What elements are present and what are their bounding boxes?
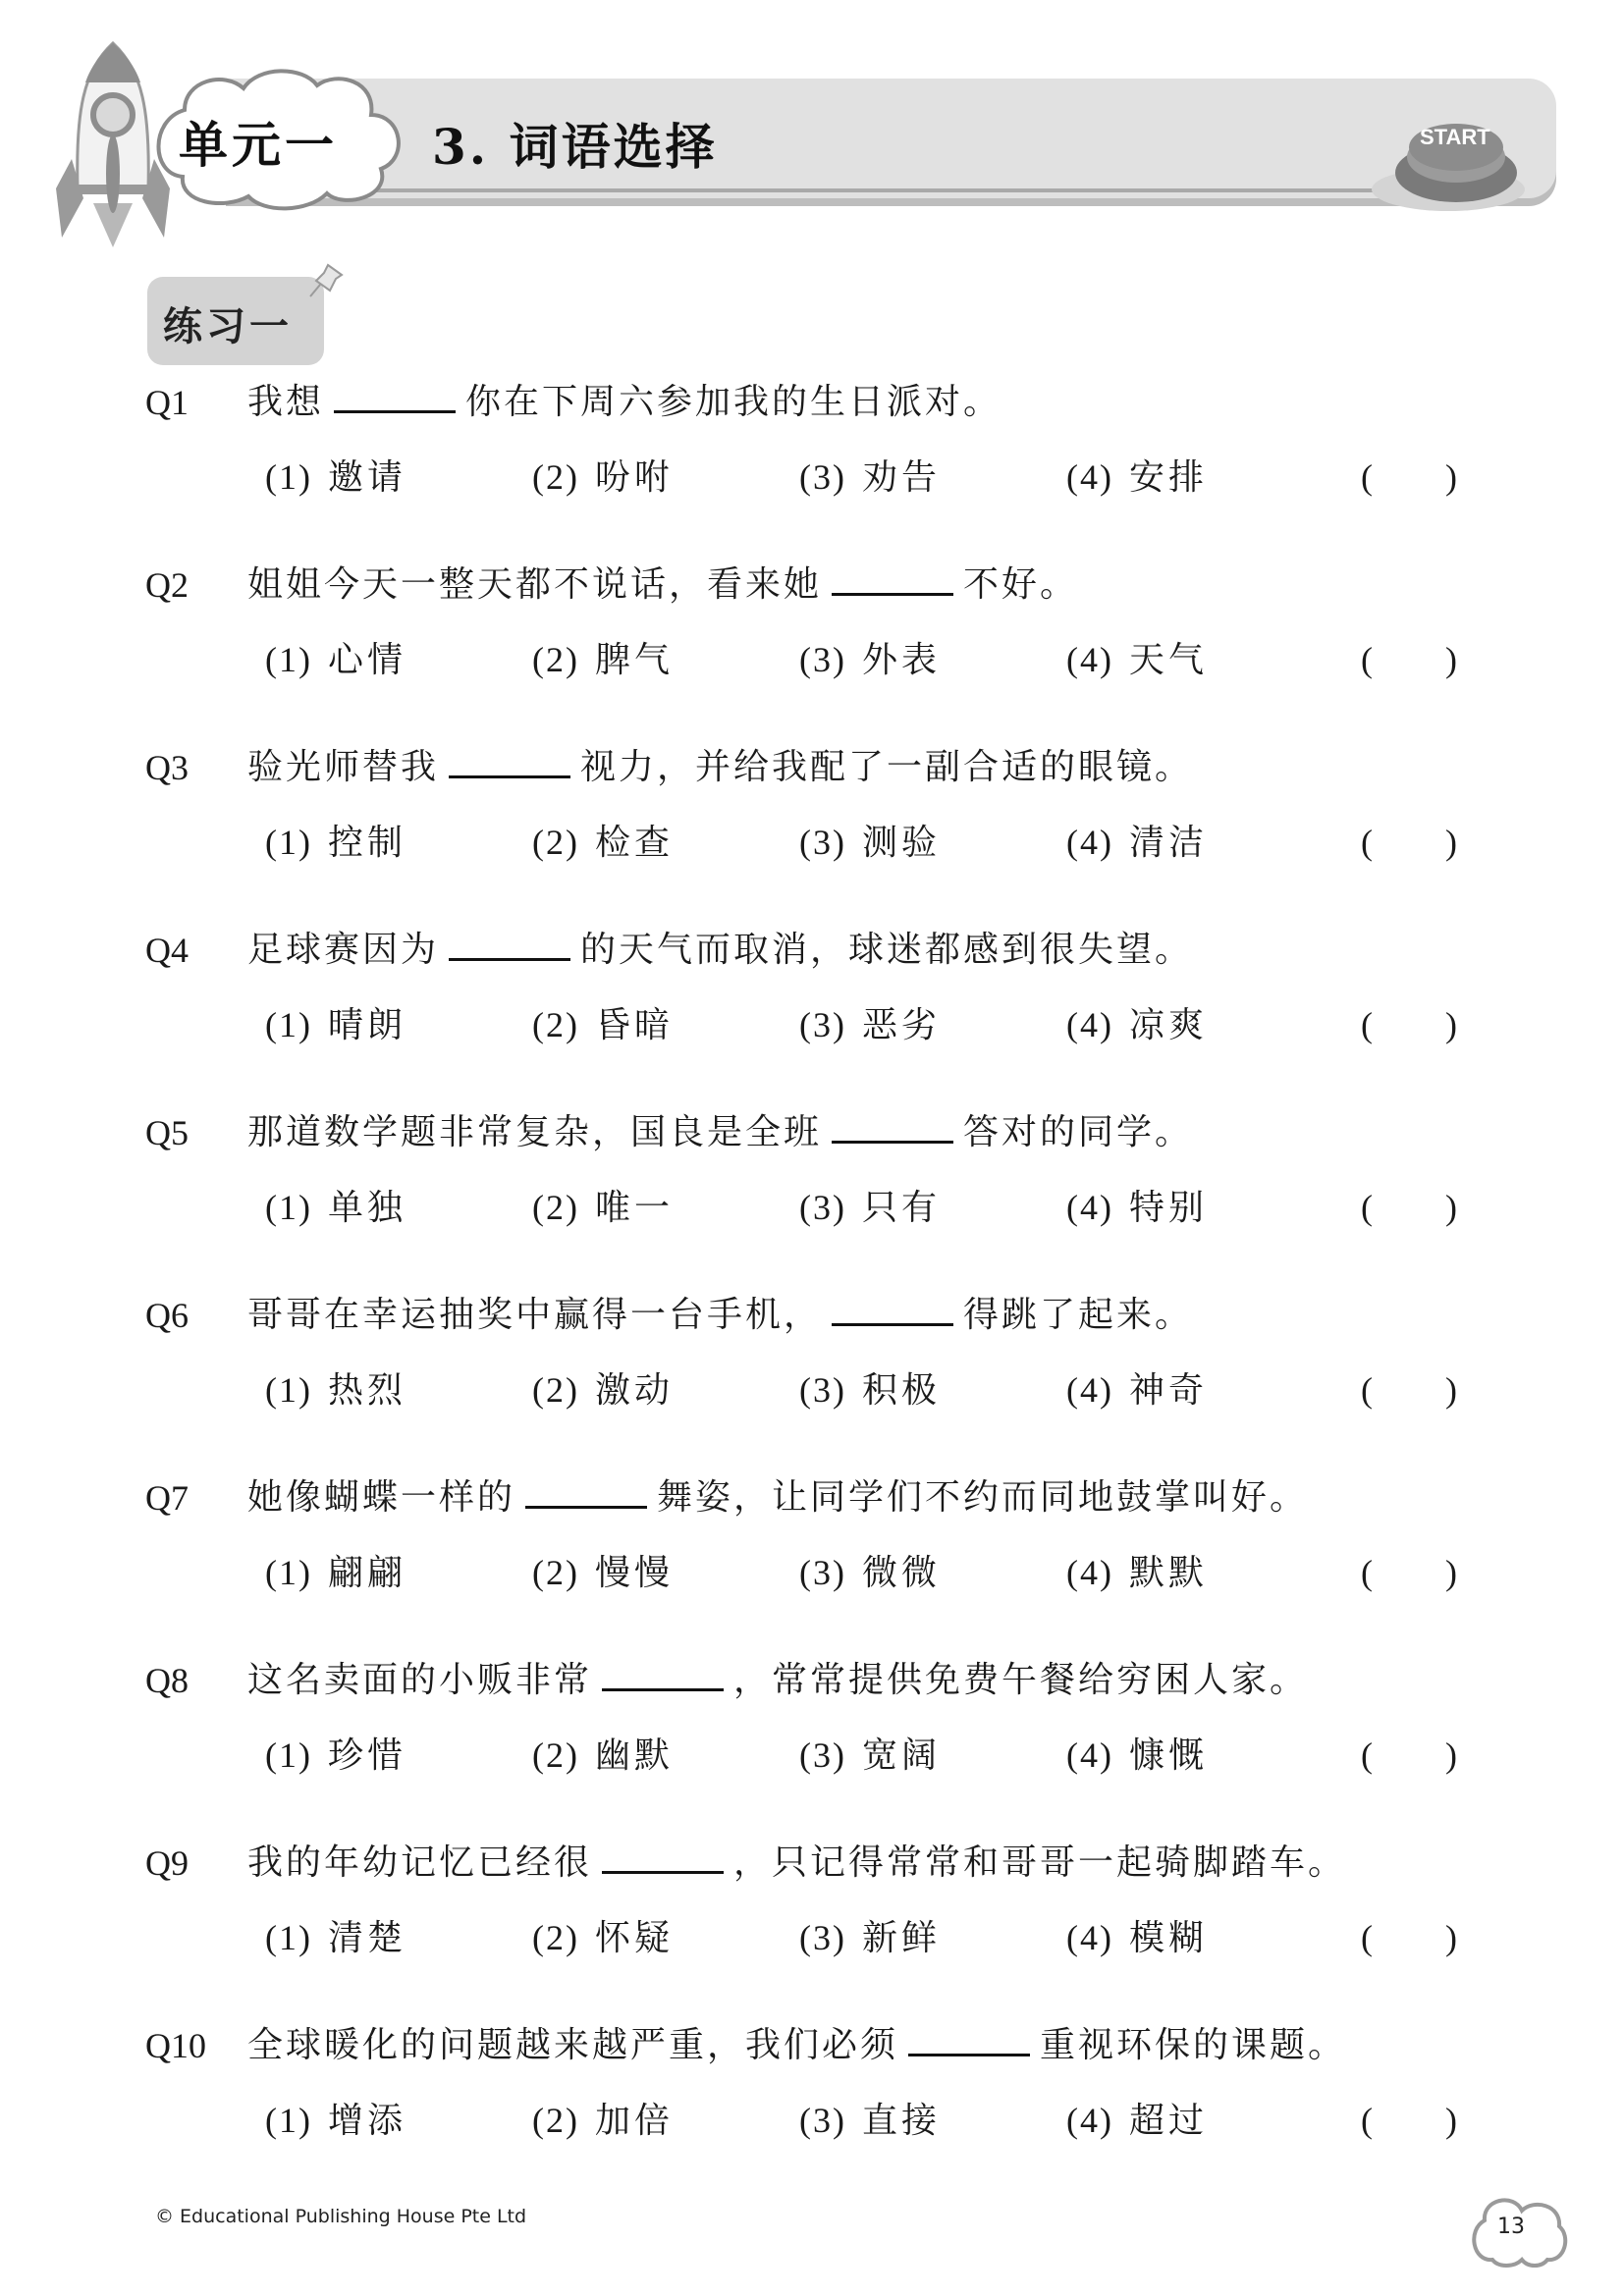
option-number: (4): [1066, 1370, 1113, 1410]
option-number: (1): [265, 457, 312, 497]
paren-close: ): [1445, 1005, 1457, 1044]
option-word: 微微: [862, 1553, 941, 1593]
question-item: Q2姐姐今天一整天都不说话，看来她不好。(1)心情(2)脾气(3)外表(4)天气…: [145, 556, 1520, 689]
option-4[interactable]: (4)凉爽: [1066, 995, 1208, 1055]
question-number: Q3: [145, 738, 189, 797]
option-word: 测验: [862, 823, 941, 863]
option-2[interactable]: (2)怀疑: [532, 1908, 674, 1968]
stem-after: ，只记得常常和哥哥一起骑脚踏车。: [733, 1842, 1346, 1883]
option-word: 模糊: [1129, 1918, 1208, 1958]
option-word: 晴朗: [328, 1005, 406, 1045]
paren-close: ): [1445, 2101, 1457, 2140]
paren-open: (: [1361, 640, 1373, 679]
option-number: (2): [532, 1188, 579, 1227]
section-label: 练习一: [163, 295, 293, 351]
option-number: (1): [265, 1735, 312, 1775]
answer-blank[interactable]: [334, 374, 456, 413]
option-word: 加倍: [595, 2101, 674, 2141]
option-1[interactable]: (1)热烈: [265, 1361, 406, 1420]
options-row: (1)翩翩(2)慢慢(3)微微(4)默默(): [145, 1543, 1520, 1602]
answer-blank[interactable]: [449, 739, 570, 778]
question-item: Q1我想你在下周六参加我的生日派对。(1)邀请(2)吩咐(3)劝告(4)安排(): [145, 373, 1520, 507]
option-1[interactable]: (1)珍惜: [265, 1726, 406, 1786]
option-number: (4): [1066, 1005, 1113, 1044]
option-number: (4): [1066, 2101, 1113, 2140]
question-stem: Q9我的年幼记忆已经很，只记得常常和哥哥一起骑脚踏车。: [145, 1834, 1520, 1893]
question-item: Q5那道数学题非常复杂，国良是全班答对的同学。(1)单独(2)唯一(3)只有(4…: [145, 1103, 1520, 1237]
option-2[interactable]: (2)慢慢: [532, 1543, 674, 1603]
option-number: (1): [265, 823, 312, 862]
question-stem: Q5那道数学题非常复杂，国良是全班答对的同学。: [145, 1103, 1520, 1162]
stem-before: 她像蝴蝶一样的: [247, 1477, 515, 1518]
option-4[interactable]: (4)慷慨: [1066, 1726, 1208, 1786]
paren-open: (: [1361, 457, 1373, 497]
option-word: 恶劣: [862, 1005, 941, 1045]
answer-box[interactable]: (): [1361, 448, 1457, 507]
question-text: 她像蝴蝶一样的舞姿，让同学们不约而同地鼓掌叫好。: [247, 1468, 1308, 1527]
question-item: Q4足球赛因为的天气而取消，球迷都感到很失望。(1)晴朗(2)昏暗(3)恶劣(4…: [145, 921, 1520, 1054]
answer-box[interactable]: (): [1361, 995, 1457, 1054]
option-word: 天气: [1129, 640, 1208, 680]
question-number: Q7: [145, 1468, 189, 1527]
option-number: (3): [799, 1005, 846, 1044]
paren-open: (: [1361, 1553, 1373, 1592]
question-text: 全球暖化的问题越来越严重，我们必须重视环保的课题。: [247, 2016, 1346, 2075]
option-number: (3): [799, 1735, 846, 1775]
question-number: Q5: [145, 1103, 189, 1162]
option-2[interactable]: (2)幽默: [532, 1726, 674, 1786]
copyright-text: © Educational Publishing House Pte Ltd: [155, 2206, 526, 2227]
option-number: (2): [532, 1370, 579, 1410]
stem-after: 视力，并给我配了一副合适的眼镜。: [580, 747, 1193, 787]
option-word: 慢慢: [595, 1553, 674, 1593]
option-word: 积极: [862, 1370, 941, 1411]
pushpin-icon: [306, 261, 346, 300]
question-stem: Q1我想你在下周六参加我的生日派对。: [145, 373, 1520, 432]
option-word: 唯一: [595, 1188, 674, 1228]
option-number: (4): [1066, 457, 1113, 497]
option-number: (3): [799, 2101, 846, 2140]
answer-blank[interactable]: [602, 1835, 724, 1874]
option-3[interactable]: (3)劝告: [799, 448, 941, 507]
option-word: 增添: [328, 2101, 406, 2141]
option-word: 安排: [1129, 457, 1208, 498]
paren-open: (: [1361, 1005, 1373, 1044]
paren-open: (: [1361, 1735, 1373, 1775]
option-number: (1): [265, 1005, 312, 1044]
option-3[interactable]: (3)积极: [799, 1361, 941, 1420]
options-row: (1)心情(2)脾气(3)外表(4)天气(): [145, 630, 1520, 689]
question-number: Q2: [145, 556, 189, 614]
answer-box[interactable]: (): [1361, 1361, 1457, 1419]
option-number: (2): [532, 1918, 579, 1957]
option-number: (1): [265, 1553, 312, 1592]
stem-before: 哥哥在幸运抽奖中赢得一台手机，: [247, 1295, 822, 1335]
answer-blank[interactable]: [449, 922, 570, 961]
question-text: 我想你在下周六参加我的生日派对。: [247, 373, 1001, 432]
answer-box[interactable]: (): [1361, 1908, 1457, 1967]
option-1[interactable]: (1)增添: [265, 2091, 406, 2151]
paren-close: ): [1445, 640, 1457, 679]
options-row: (1)控制(2)检查(3)测验(4)清洁(): [145, 813, 1520, 872]
option-number: (4): [1066, 640, 1113, 679]
option-3[interactable]: (3)恶劣: [799, 995, 941, 1055]
options-row: (1)珍惜(2)幽默(3)宽阔(4)慷慨(): [145, 1726, 1520, 1785]
question-number: Q9: [145, 1834, 189, 1893]
option-4[interactable]: (4)天气: [1066, 630, 1208, 690]
option-number: (3): [799, 1918, 846, 1957]
option-4[interactable]: (4)模糊: [1066, 1908, 1208, 1968]
stem-before: 我的年幼记忆已经很: [247, 1842, 592, 1883]
option-number: (2): [532, 640, 579, 679]
header-bar-shadow: [226, 188, 1502, 192]
option-word: 昏暗: [595, 1005, 674, 1045]
option-number: (3): [799, 457, 846, 497]
stem-after: 答对的同学。: [963, 1112, 1193, 1152]
question-text: 哥哥在幸运抽奖中赢得一台手机，得跳了起来。: [247, 1286, 1193, 1345]
option-3[interactable]: (3)微微: [799, 1543, 941, 1603]
question-item: Q8这名卖面的小贩非常，常常提供免费午餐给穷困人家。(1)珍惜(2)幽默(3)宽…: [145, 1651, 1520, 1785]
option-4[interactable]: (4)超过: [1066, 2091, 1208, 2151]
option-word: 外表: [862, 640, 941, 680]
option-number: (2): [532, 823, 579, 862]
option-word: 只有: [862, 1188, 941, 1228]
stem-before: 全球暖化的问题越来越严重，我们必须: [247, 2025, 898, 2065]
option-word: 凉爽: [1129, 1005, 1208, 1045]
start-button-label[interactable]: START: [1420, 125, 1490, 150]
stem-before: 姐姐今天一整天都不说话，看来她: [247, 564, 822, 605]
option-word: 心情: [328, 640, 406, 680]
option-1[interactable]: (1)控制: [265, 813, 406, 873]
paren-open: (: [1361, 2101, 1373, 2140]
page-number: 13: [1497, 2215, 1525, 2239]
option-word: 慷慨: [1129, 1735, 1208, 1776]
option-2[interactable]: (2)昏暗: [532, 995, 674, 1055]
question-number: Q4: [145, 921, 189, 980]
option-word: 热烈: [328, 1370, 406, 1411]
option-4[interactable]: (4)清洁: [1066, 813, 1208, 873]
question-number: Q8: [145, 1651, 189, 1710]
option-1[interactable]: (1)单独: [265, 1178, 406, 1238]
option-word: 宽阔: [862, 1735, 941, 1776]
option-word: 神奇: [1129, 1370, 1208, 1411]
option-1[interactable]: (1)心情: [265, 630, 406, 690]
option-word: 脾气: [595, 640, 674, 680]
option-word: 邀请: [328, 457, 406, 498]
options-row: (1)邀请(2)吩咐(3)劝告(4)安排(): [145, 448, 1520, 507]
option-3[interactable]: (3)外表: [799, 630, 941, 690]
question-item: Q9我的年幼记忆已经很，只记得常常和哥哥一起骑脚踏车。(1)清楚(2)怀疑(3)…: [145, 1834, 1520, 1967]
paren-open: (: [1361, 1188, 1373, 1227]
question-item: Q6哥哥在幸运抽奖中赢得一台手机，得跳了起来。(1)热烈(2)激动(3)积极(4…: [145, 1286, 1520, 1419]
paren-close: ): [1445, 823, 1457, 862]
answer-blank[interactable]: [602, 1652, 724, 1691]
option-number: (3): [799, 823, 846, 862]
option-word: 幽默: [595, 1735, 674, 1776]
option-number: (4): [1066, 1188, 1113, 1227]
stem-after: 得跳了起来。: [963, 1295, 1193, 1335]
question-number: Q10: [145, 2016, 206, 2075]
stem-after: ，常常提供免费午餐给穷困人家。: [733, 1660, 1308, 1700]
option-4[interactable]: (4)特别: [1066, 1178, 1208, 1238]
option-2[interactable]: (2)加倍: [532, 2091, 674, 2151]
paren-open: (: [1361, 1918, 1373, 1957]
option-number: (4): [1066, 823, 1113, 862]
option-3[interactable]: (3)直接: [799, 2091, 941, 2151]
option-word: 劝告: [862, 457, 941, 498]
option-number: (4): [1066, 1735, 1113, 1775]
option-number: (1): [265, 1370, 312, 1410]
option-number: (1): [265, 640, 312, 679]
option-number: (4): [1066, 1553, 1113, 1592]
option-word: 直接: [862, 2101, 941, 2141]
option-2[interactable]: (2)唯一: [532, 1178, 674, 1238]
paren-close: ): [1445, 1918, 1457, 1957]
option-number: (1): [265, 2101, 312, 2140]
option-word: 翩翩: [328, 1553, 406, 1593]
question-stem: Q6哥哥在幸运抽奖中赢得一台手机，得跳了起来。: [145, 1286, 1520, 1345]
option-4[interactable]: (4)安排: [1066, 448, 1208, 507]
stem-after: 的天气而取消，球迷都感到很失望。: [580, 930, 1193, 970]
question-text: 那道数学题非常复杂，国良是全班答对的同学。: [247, 1103, 1193, 1162]
answer-box[interactable]: (): [1361, 813, 1457, 872]
stem-before: 那道数学题非常复杂，国良是全班: [247, 1112, 822, 1152]
option-word: 默默: [1129, 1553, 1208, 1593]
header-bar: [226, 79, 1556, 198]
question-text: 我的年幼记忆已经很，只记得常常和哥哥一起骑脚踏车。: [247, 1834, 1346, 1893]
question-stem: Q10全球暖化的问题越来越严重，我们必须重视环保的课题。: [145, 2016, 1520, 2075]
start-button-icon[interactable]: [1370, 106, 1527, 214]
option-word: 特别: [1129, 1188, 1208, 1228]
paren-close: ): [1445, 1735, 1457, 1775]
answer-blank[interactable]: [832, 1104, 953, 1144]
stem-after: 不好。: [963, 564, 1078, 605]
question-item: Q3验光师替我视力，并给我配了一副合适的眼镜。(1)控制(2)检查(3)测验(4…: [145, 738, 1520, 872]
option-word: 清洁: [1129, 823, 1208, 863]
options-row: (1)单独(2)唯一(3)只有(4)特别(): [145, 1178, 1520, 1237]
option-word: 超过: [1129, 2101, 1208, 2141]
option-number: (2): [532, 2101, 579, 2140]
option-1[interactable]: (1)翩翩: [265, 1543, 406, 1603]
paren-close: ): [1445, 1553, 1457, 1592]
option-word: 激动: [595, 1370, 674, 1411]
answer-box[interactable]: (): [1361, 630, 1457, 689]
answer-box[interactable]: (): [1361, 1726, 1457, 1785]
unit-label: 单元一: [179, 106, 338, 177]
question-number: Q6: [145, 1286, 189, 1345]
option-number: (3): [799, 1553, 846, 1592]
answer-blank[interactable]: [832, 557, 953, 596]
option-word: 控制: [328, 823, 406, 863]
question-number: Q1: [145, 373, 189, 432]
paren-close: ): [1445, 1188, 1457, 1227]
option-word: 珍惜: [328, 1735, 406, 1776]
answer-blank[interactable]: [832, 1287, 953, 1326]
question-item: Q10全球暖化的问题越来越严重，我们必须重视环保的课题。(1)增添(2)加倍(3…: [145, 2016, 1520, 2150]
stem-after: 舞姿，让同学们不约而同地鼓掌叫好。: [657, 1477, 1308, 1518]
option-number: (3): [799, 640, 846, 679]
option-3[interactable]: (3)只有: [799, 1178, 941, 1238]
option-2[interactable]: (2)检查: [532, 813, 674, 873]
options-row: (1)热烈(2)激动(3)积极(4)神奇(): [145, 1361, 1520, 1419]
answer-box[interactable]: (): [1361, 1178, 1457, 1237]
option-number: (3): [799, 1370, 846, 1410]
option-word: 新鲜: [862, 1918, 941, 1958]
question-stem: Q8这名卖面的小贩非常，常常提供免费午餐给穷困人家。: [145, 1651, 1520, 1710]
option-1[interactable]: (1)晴朗: [265, 995, 406, 1055]
stem-before: 这名卖面的小贩非常: [247, 1660, 592, 1700]
option-word: 清楚: [328, 1918, 406, 1958]
question-item: Q7她像蝴蝶一样的舞姿，让同学们不约而同地鼓掌叫好。(1)翩翩(2)慢慢(3)微…: [145, 1468, 1520, 1602]
paren-close: ): [1445, 457, 1457, 497]
option-word: 检查: [595, 823, 674, 863]
option-4[interactable]: (4)默默: [1066, 1543, 1208, 1603]
question-text: 验光师替我视力，并给我配了一副合适的眼镜。: [247, 738, 1193, 797]
option-1[interactable]: (1)邀请: [265, 448, 406, 507]
paren-open: (: [1361, 1370, 1373, 1410]
option-1[interactable]: (1)清楚: [265, 1908, 406, 1968]
question-stem: Q7她像蝴蝶一样的舞姿，让同学们不约而同地鼓掌叫好。: [145, 1468, 1520, 1527]
option-number: (3): [799, 1188, 846, 1227]
question-text: 这名卖面的小贩非常，常常提供免费午餐给穷困人家。: [247, 1651, 1308, 1710]
answer-box[interactable]: (): [1361, 2091, 1457, 2150]
question-stem: Q4足球赛因为的天气而取消，球迷都感到很失望。: [145, 921, 1520, 980]
stem-before: 我想: [247, 382, 324, 422]
option-word: 单独: [328, 1188, 406, 1228]
options-row: (1)清楚(2)怀疑(3)新鲜(4)模糊(): [145, 1908, 1520, 1967]
option-3[interactable]: (3)新鲜: [799, 1908, 941, 1968]
option-4[interactable]: (4)神奇: [1066, 1361, 1208, 1420]
option-number: (4): [1066, 1918, 1113, 1957]
answer-blank[interactable]: [908, 2017, 1030, 2056]
question-text: 姐姐今天一整天都不说话，看来她不好。: [247, 556, 1078, 614]
paren-close: ): [1445, 1370, 1457, 1410]
stem-after: 重视环保的课题。: [1040, 2025, 1346, 2065]
option-number: (2): [532, 457, 579, 497]
lesson-title: 3. 词语选择: [432, 108, 718, 179]
question-stem: Q2姐姐今天一整天都不说话，看来她不好。: [145, 556, 1520, 614]
answer-blank[interactable]: [525, 1469, 647, 1509]
option-number: (2): [532, 1735, 579, 1775]
option-number: (2): [532, 1553, 579, 1592]
option-number: (1): [265, 1918, 312, 1957]
stem-after: 你在下周六参加我的生日派对。: [465, 382, 1001, 422]
option-2[interactable]: (2)激动: [532, 1361, 674, 1420]
option-number: (1): [265, 1188, 312, 1227]
option-3[interactable]: (3)测验: [799, 813, 941, 873]
option-number: (2): [532, 1005, 579, 1044]
stem-before: 足球赛因为: [247, 930, 439, 970]
option-word: 怀疑: [595, 1918, 674, 1958]
paren-open: (: [1361, 823, 1373, 862]
option-3[interactable]: (3)宽阔: [799, 1726, 941, 1786]
question-stem: Q3验光师替我视力，并给我配了一副合适的眼镜。: [145, 738, 1520, 797]
option-2[interactable]: (2)吩咐: [532, 448, 674, 507]
options-row: (1)增添(2)加倍(3)直接(4)超过(): [145, 2091, 1520, 2150]
option-word: 吩咐: [595, 457, 674, 498]
option-2[interactable]: (2)脾气: [532, 630, 674, 690]
stem-before: 验光师替我: [247, 747, 439, 787]
options-row: (1)晴朗(2)昏暗(3)恶劣(4)凉爽(): [145, 995, 1520, 1054]
question-text: 足球赛因为的天气而取消，球迷都感到很失望。: [247, 921, 1193, 980]
answer-box[interactable]: (): [1361, 1543, 1457, 1602]
